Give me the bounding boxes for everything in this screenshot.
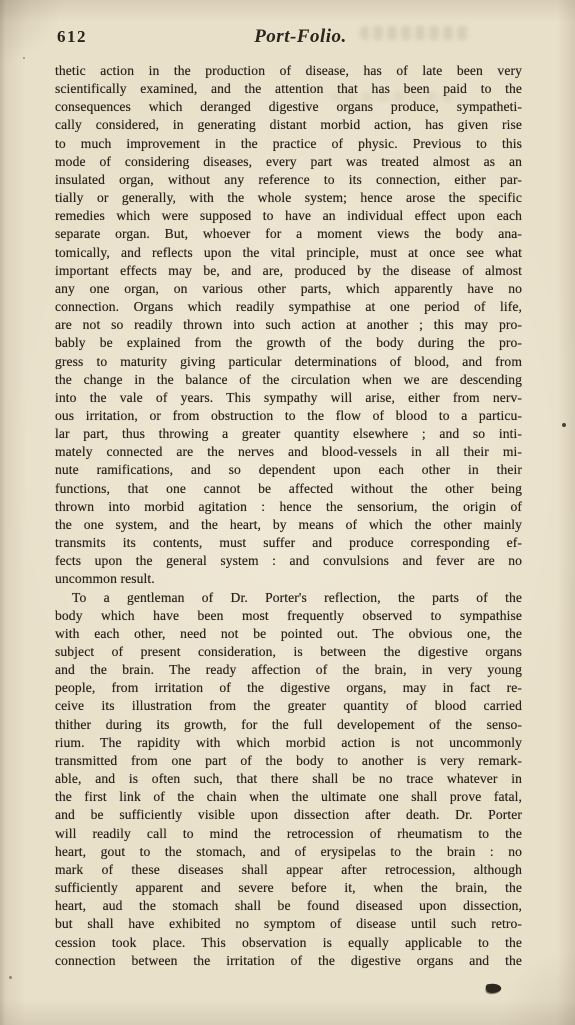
text-line: connection between the irritation of the… — [55, 952, 522, 970]
text-line: ous irritation, or from obstruction to t… — [55, 407, 522, 425]
text-line: uncommon result. — [55, 570, 522, 588]
text-line: rium. The rapidity with which morbid act… — [55, 734, 522, 752]
text-line: and be sufficiently visible upon dissect… — [55, 806, 522, 824]
text-line: body which have been most frequently obs… — [55, 607, 522, 625]
text-line: transmits its contents, must suffer and … — [55, 534, 522, 552]
text-line: To a gentleman of Dr. Porter's reflectio… — [55, 589, 522, 607]
page-title: Port-Folio. — [55, 26, 546, 48]
text-line: functions, that one cannot be affected w… — [55, 480, 522, 498]
text-line: scientifically examined, and the attenti… — [55, 80, 522, 98]
text-line: into the vale of years. This sympathy wi… — [55, 389, 522, 407]
paragraph-2: To a gentleman of Dr. Porter's reflectio… — [55, 589, 522, 970]
text-line: consequences which deranged digestive or… — [55, 98, 522, 116]
text-line: important effects may be, and are, produ… — [55, 262, 522, 280]
text-line: gress to maturity giving particular dete… — [55, 353, 522, 371]
text-line: able, and is often such, that there shal… — [55, 770, 522, 788]
text-line: will readily call to mind the retrocessi… — [55, 825, 522, 843]
text-line: but shall have exhibited no symptom of d… — [55, 915, 522, 933]
text-line: nute ramifications, and so dependent upo… — [55, 461, 522, 479]
running-header: 612 Port-Folio. — [55, 26, 522, 48]
book-page-scan: 612 Port-Folio. thetic action in the pro… — [0, 0, 575, 1025]
text-line: to much improvement in the practice of p… — [55, 135, 522, 153]
text-line: subject of present consideration, is bet… — [55, 643, 522, 661]
text-line: the one system, and the heart, by means … — [55, 516, 522, 534]
text-line: cession took place. This observation is … — [55, 934, 522, 952]
paragraph-1: thetic action in the production of disea… — [55, 62, 522, 589]
text-line: cally considered, in generating distant … — [55, 116, 522, 134]
text-line: connection. Organs which readily sympath… — [55, 298, 522, 316]
text-line: people, from irritation of the digestive… — [55, 679, 522, 697]
text-line: thrown into morbid agitation : hence the… — [55, 498, 522, 516]
paper-speck — [9, 976, 12, 979]
text-line: bably be explained from the growth of th… — [55, 334, 522, 352]
text-line: remedies which were supposed to have an … — [55, 207, 522, 225]
text-line: tomically, and reflects upon the vital p… — [55, 244, 522, 262]
paper-speck — [562, 423, 566, 427]
text-line: sufficiently apparent and severe before … — [55, 879, 522, 897]
text-line: tially or generally, with the whole syst… — [55, 189, 522, 207]
text-line: ceive its illustration from the greater … — [55, 697, 522, 715]
text-line: heart, aud the stomach shall be found di… — [55, 897, 522, 915]
text-line: with each other, need not be pointed out… — [55, 625, 522, 643]
text-line: are not so readily thrown into such acti… — [55, 316, 522, 334]
text-line: mark of these diseases shall appear afte… — [55, 861, 522, 879]
page-body: thetic action in the production of disea… — [55, 62, 522, 970]
text-line: thetic action in the production of disea… — [55, 62, 522, 80]
text-line: mode of considering diseases, every part… — [55, 153, 522, 171]
text-line: lar part, thus throwing a greater quanti… — [55, 425, 522, 443]
text-line: thither during its growth, for the full … — [55, 716, 522, 734]
text-line: any one organ, on various other parts, w… — [55, 280, 522, 298]
text-line: fects upon the general system : and conv… — [55, 552, 522, 570]
text-line: and the brain. The ready affection of th… — [55, 661, 522, 679]
text-line: mately connected are the nerves and bloo… — [55, 443, 522, 461]
text-line: transmitted from one part of the body to… — [55, 752, 522, 770]
ink-blot-mark — [485, 981, 502, 994]
text-line: the first link of the chain when the ult… — [55, 788, 522, 806]
text-line: insulated organ, without any reference t… — [55, 171, 522, 189]
text-line: separate organ. But, whoever for a momen… — [55, 225, 522, 243]
paper-speck — [23, 57, 25, 59]
text-line: heart, gout to the stomach, and of erysi… — [55, 843, 522, 861]
text-line: the change in the balance of the circula… — [55, 371, 522, 389]
